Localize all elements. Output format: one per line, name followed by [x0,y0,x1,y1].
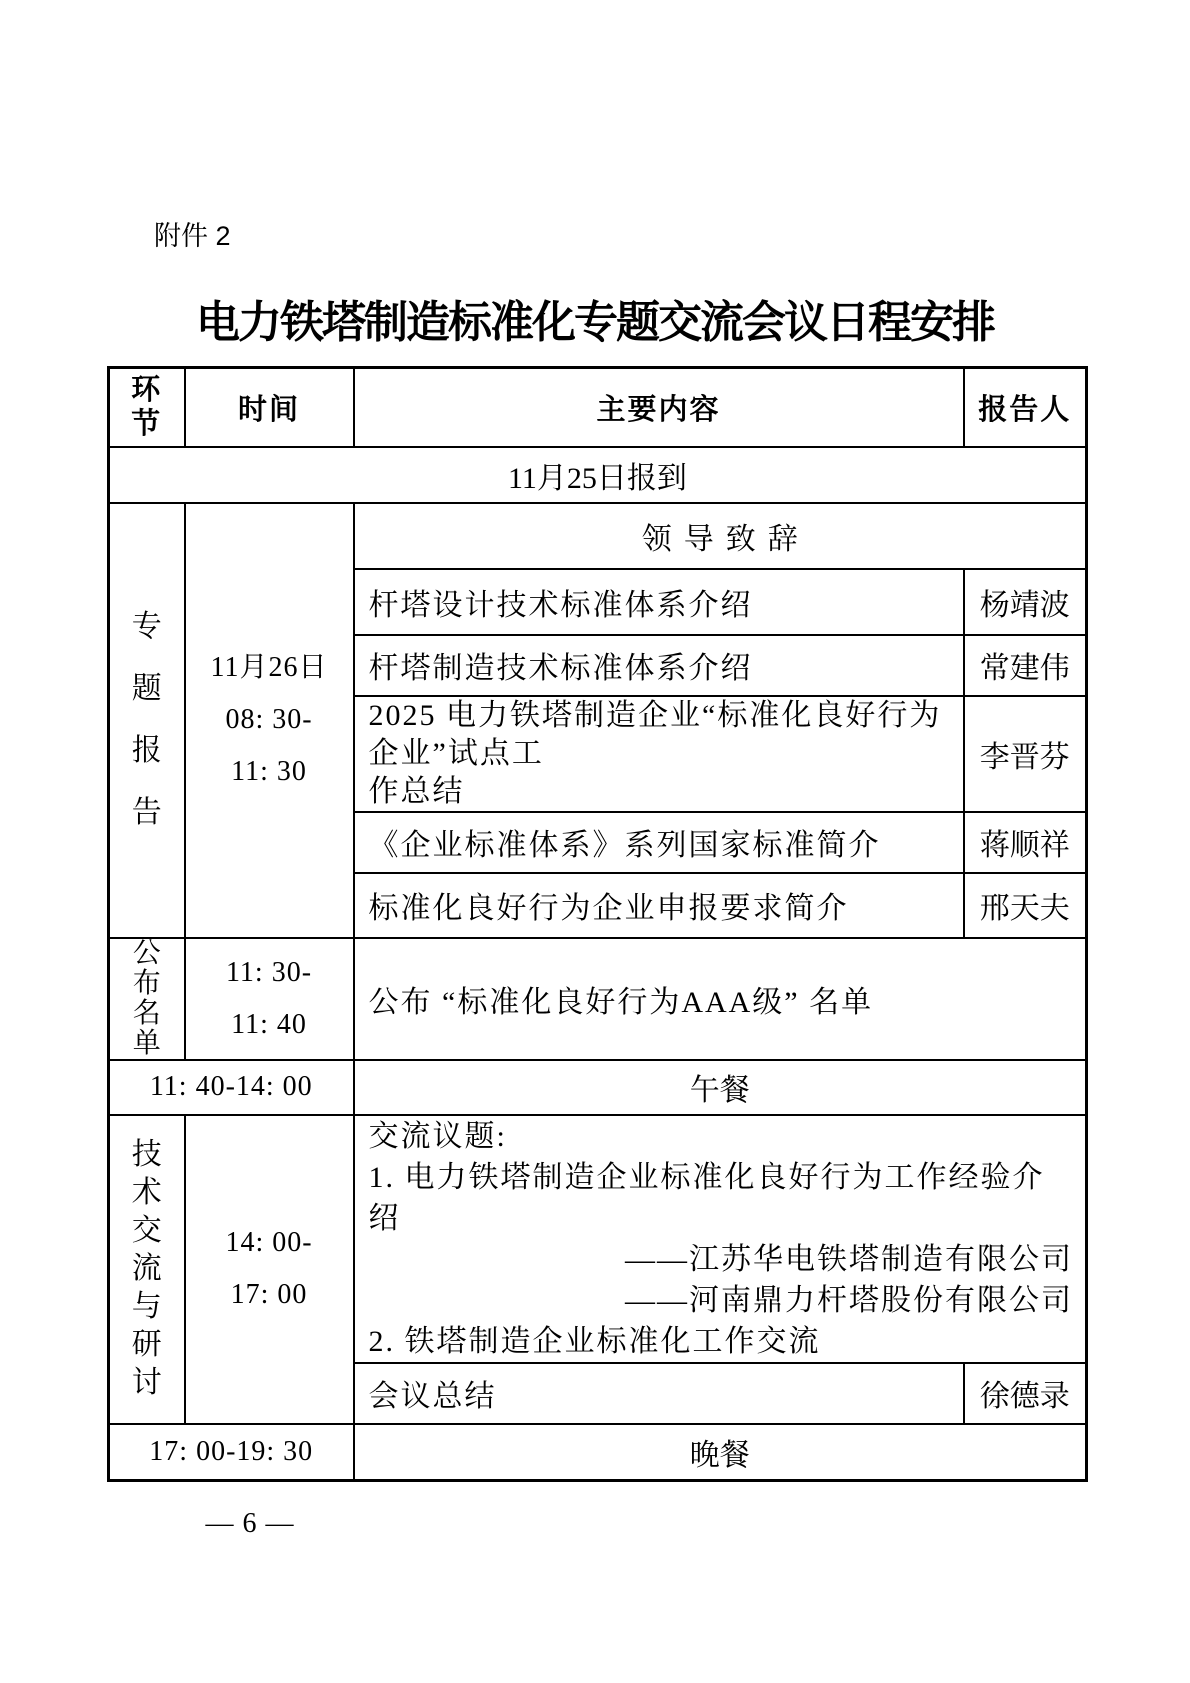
report-content: 标准化良好行为企业申报要求简介 [354,873,964,938]
announce-list-row: 公 布 名 单 11: 30- 11: 40 公布 “标准化良好行为AAA级” … [109,938,1087,1060]
exchange-company-line: ——江苏华电铁塔制造有限公司 [355,1239,1086,1280]
lunch-row: 11: 40-14: 00 午餐 [109,1060,1087,1115]
exchange-topic-line: 1. 电力铁塔制造企业标准化良好行为工作经验介绍 [355,1157,1086,1239]
report-speaker: 杨靖波 [964,569,1087,635]
time-announce-list: 11: 30- 11: 40 [185,938,354,1060]
header-session: 环 节 [109,368,185,447]
dinner-content: 晚餐 [354,1424,1087,1481]
page-number: — 6 — [200,1508,300,1540]
report-content: 杆塔制造技术标准体系介绍 [354,635,964,696]
exchange-topic-line: 交流议题: [355,1116,1086,1157]
header-time: 时间 [185,368,354,447]
report-content: 《企业标准体系》系列国家标准简介 [354,812,964,873]
document-page: 附件 2 电力铁塔制造标准化专题交流会议日程安排 环 节 时间 主要内容 报告人… [0,0,1190,1683]
lunch-time: 11: 40-14: 00 [109,1060,354,1115]
time-tech-exchange: 14: 00- 17: 00 [185,1115,354,1424]
session-special-reports: 专 题 报 告 [109,503,185,938]
attachment-label: 附件 2 [154,220,231,252]
table-header-row: 环 节 时间 主要内容 报告人 [109,368,1087,447]
time-special-reports: 11月26日 08: 30- 11: 30 [185,503,354,938]
report-speaker: 李晋芬 [964,696,1087,812]
report-speaker: 蒋顺祥 [964,812,1087,873]
summary-content: 会议总结 [354,1363,964,1424]
announce-list-content: 公布 “标准化良好行为AAA级” 名单 [354,938,1087,1060]
lunch-content: 午餐 [354,1060,1087,1115]
session-tech-exchange: 技 术 交 流 与 研 讨 [109,1115,185,1424]
tech-exchange-content: 交流议题: 1. 电力铁塔制造企业标准化良好行为工作经验介绍 ——江苏华电铁塔制… [354,1115,1087,1363]
report-content: 杆塔设计技术标准体系介绍 [354,569,964,635]
session-announce-list: 公 布 名 单 [109,938,185,1060]
exchange-topic-line: 2. 铁塔制造企业标准化工作交流 [355,1321,1086,1362]
report-content: 2025 电力铁塔制造企业“标准化良好行为企业”试点工 作总结 [354,696,964,812]
dinner-row: 17: 00-19: 30 晚餐 [109,1424,1087,1481]
registration-row: 11月25日报到 [109,447,1087,503]
header-speaker: 报告人 [964,368,1087,447]
agenda-table: 环 节 时间 主要内容 报告人 11月25日报到 专 题 报 告 11月26日 … [107,366,1088,1482]
tech-exchange-row: 技 术 交 流 与 研 讨 14: 00- 17: 00 交流议题: 1. 电力… [109,1115,1087,1363]
page-title: 电力铁塔制造标准化专题交流会议日程安排 [0,286,1190,350]
opening-row: 专 题 报 告 11月26日 08: 30- 11: 30 领导致辞 [109,503,1087,569]
opening-cell: 领导致辞 [354,503,1087,569]
header-content: 主要内容 [354,368,964,447]
dinner-time: 17: 00-19: 30 [109,1424,354,1481]
exchange-company-line: ——河南鼎力杆塔股份有限公司 [355,1280,1086,1321]
report-speaker: 邢天夫 [964,873,1087,938]
registration-cell: 11月25日报到 [109,447,1087,503]
report-speaker: 常建伟 [964,635,1087,696]
summary-speaker: 徐德录 [964,1363,1087,1424]
